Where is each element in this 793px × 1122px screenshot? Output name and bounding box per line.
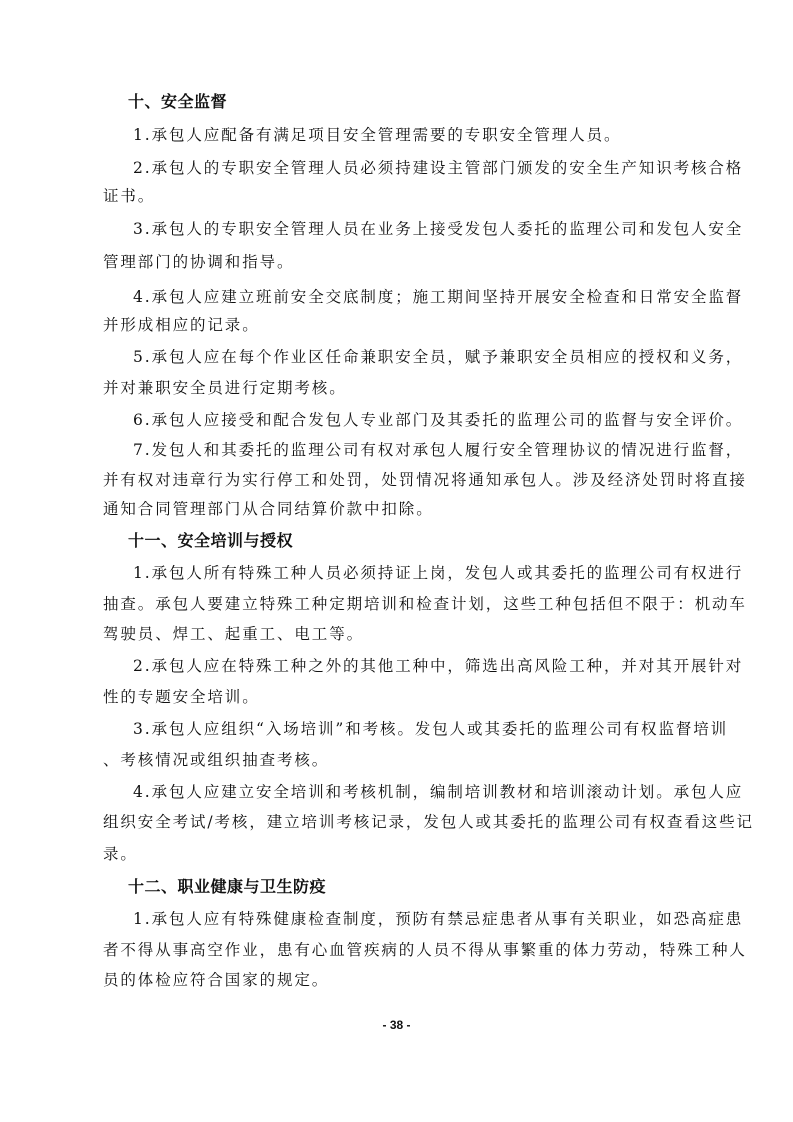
paragraph-line: 录。 xyxy=(103,844,703,864)
paragraph-line: 4.承包人应建立安全培训和考核机制，编制培训教材和培训滚动计划。承包人应 xyxy=(133,782,703,802)
paragraph-line: 者不得从事高空作业，患有心血管疾病的人员不得从事繁重的体力劳动，特殊工种人 xyxy=(103,940,703,960)
paragraph-line: 性的专题安全培训。 xyxy=(103,687,703,707)
paragraph-line: 2.承包人应在特殊工种之外的其他工种中，筛选出高风险工种，并对其开展针对 xyxy=(133,656,703,676)
paragraph-line: 并对兼职安全员进行定期考核。 xyxy=(103,378,703,398)
section-heading-11: 十一、安全培训与授权 xyxy=(128,531,728,551)
paragraph-line: 2.承包人的专职安全管理人员必须持建设主管部门颁发的安全生产知识考核合格 xyxy=(133,158,703,178)
paragraph-line: 3.承包人应组织“入场培训”和考核。发包人或其委托的监理公司有权监督培训 xyxy=(133,719,703,739)
paragraph-line: 抽查。承包人要建立特殊工种定期培训和检查计划，这些工种包括但不限于：机动车 xyxy=(103,594,703,614)
paragraph-line: 驾驶员、焊工、起重工、电工等。 xyxy=(103,624,703,644)
document-page: 十、安全监督 1.承包人应配备有满足项目安全管理需要的专职安全管理人员。 2.承… xyxy=(0,0,793,1122)
paragraph-line: 5.承包人应在每个作业区任命兼职安全员，赋予兼职安全员相应的授权和义务， xyxy=(133,347,703,367)
page-number: - 38 - xyxy=(0,1018,793,1032)
paragraph-line: 3.承包人的专职安全管理人员在业务上接受发包人委托的监理公司和发包人安全 xyxy=(133,219,703,239)
paragraph-line: 并形成相应的记录。 xyxy=(103,315,703,335)
paragraph-line: 员的体检应符合国家的规定。 xyxy=(103,970,703,990)
section-heading-10: 十、安全监督 xyxy=(128,92,728,112)
paragraph-line: 组织安全考试/考核，建立培训考核记录，发包人或其委托的监理公司有权查看这些记 xyxy=(103,812,703,832)
paragraph-line: 、考核情况或组织抽查考核。 xyxy=(103,750,703,770)
paragraph-line: 1.承包人应有特殊健康检查制度，预防有禁忌症患者从事有关职业，如恐高症患 xyxy=(133,909,703,929)
paragraph-line: 7.发包人和其委托的监理公司有权对承包人履行安全管理协议的情况进行监督， xyxy=(133,440,703,460)
paragraph-line: 6.承包人应接受和配合发包人专业部门及其委托的监理公司的监督与安全评价。 xyxy=(133,410,703,430)
section-heading-12: 十二、职业健康与卫生防疫 xyxy=(128,877,728,897)
paragraph-line: 4.承包人应建立班前安全交底制度；施工期间坚持开展安全检查和日常安全监督 xyxy=(133,287,703,307)
paragraph-line: 1.承包人应配备有满足项目安全管理需要的专职安全管理人员。 xyxy=(133,125,703,145)
paragraph-line: 证书。 xyxy=(103,186,703,206)
paragraph-line: 通知合同管理部门从合同结算价款中扣除。 xyxy=(103,499,703,519)
paragraph-line: 并有权对违章行为实行停工和处罚，处罚情况将通知承包人。涉及经济处罚时将直接 xyxy=(103,470,703,490)
paragraph-line: 1.承包人所有特殊工种人员必须持证上岗，发包人或其委托的监理公司有权进行 xyxy=(133,563,703,583)
paragraph-line: 管理部门的协调和指导。 xyxy=(103,252,703,272)
